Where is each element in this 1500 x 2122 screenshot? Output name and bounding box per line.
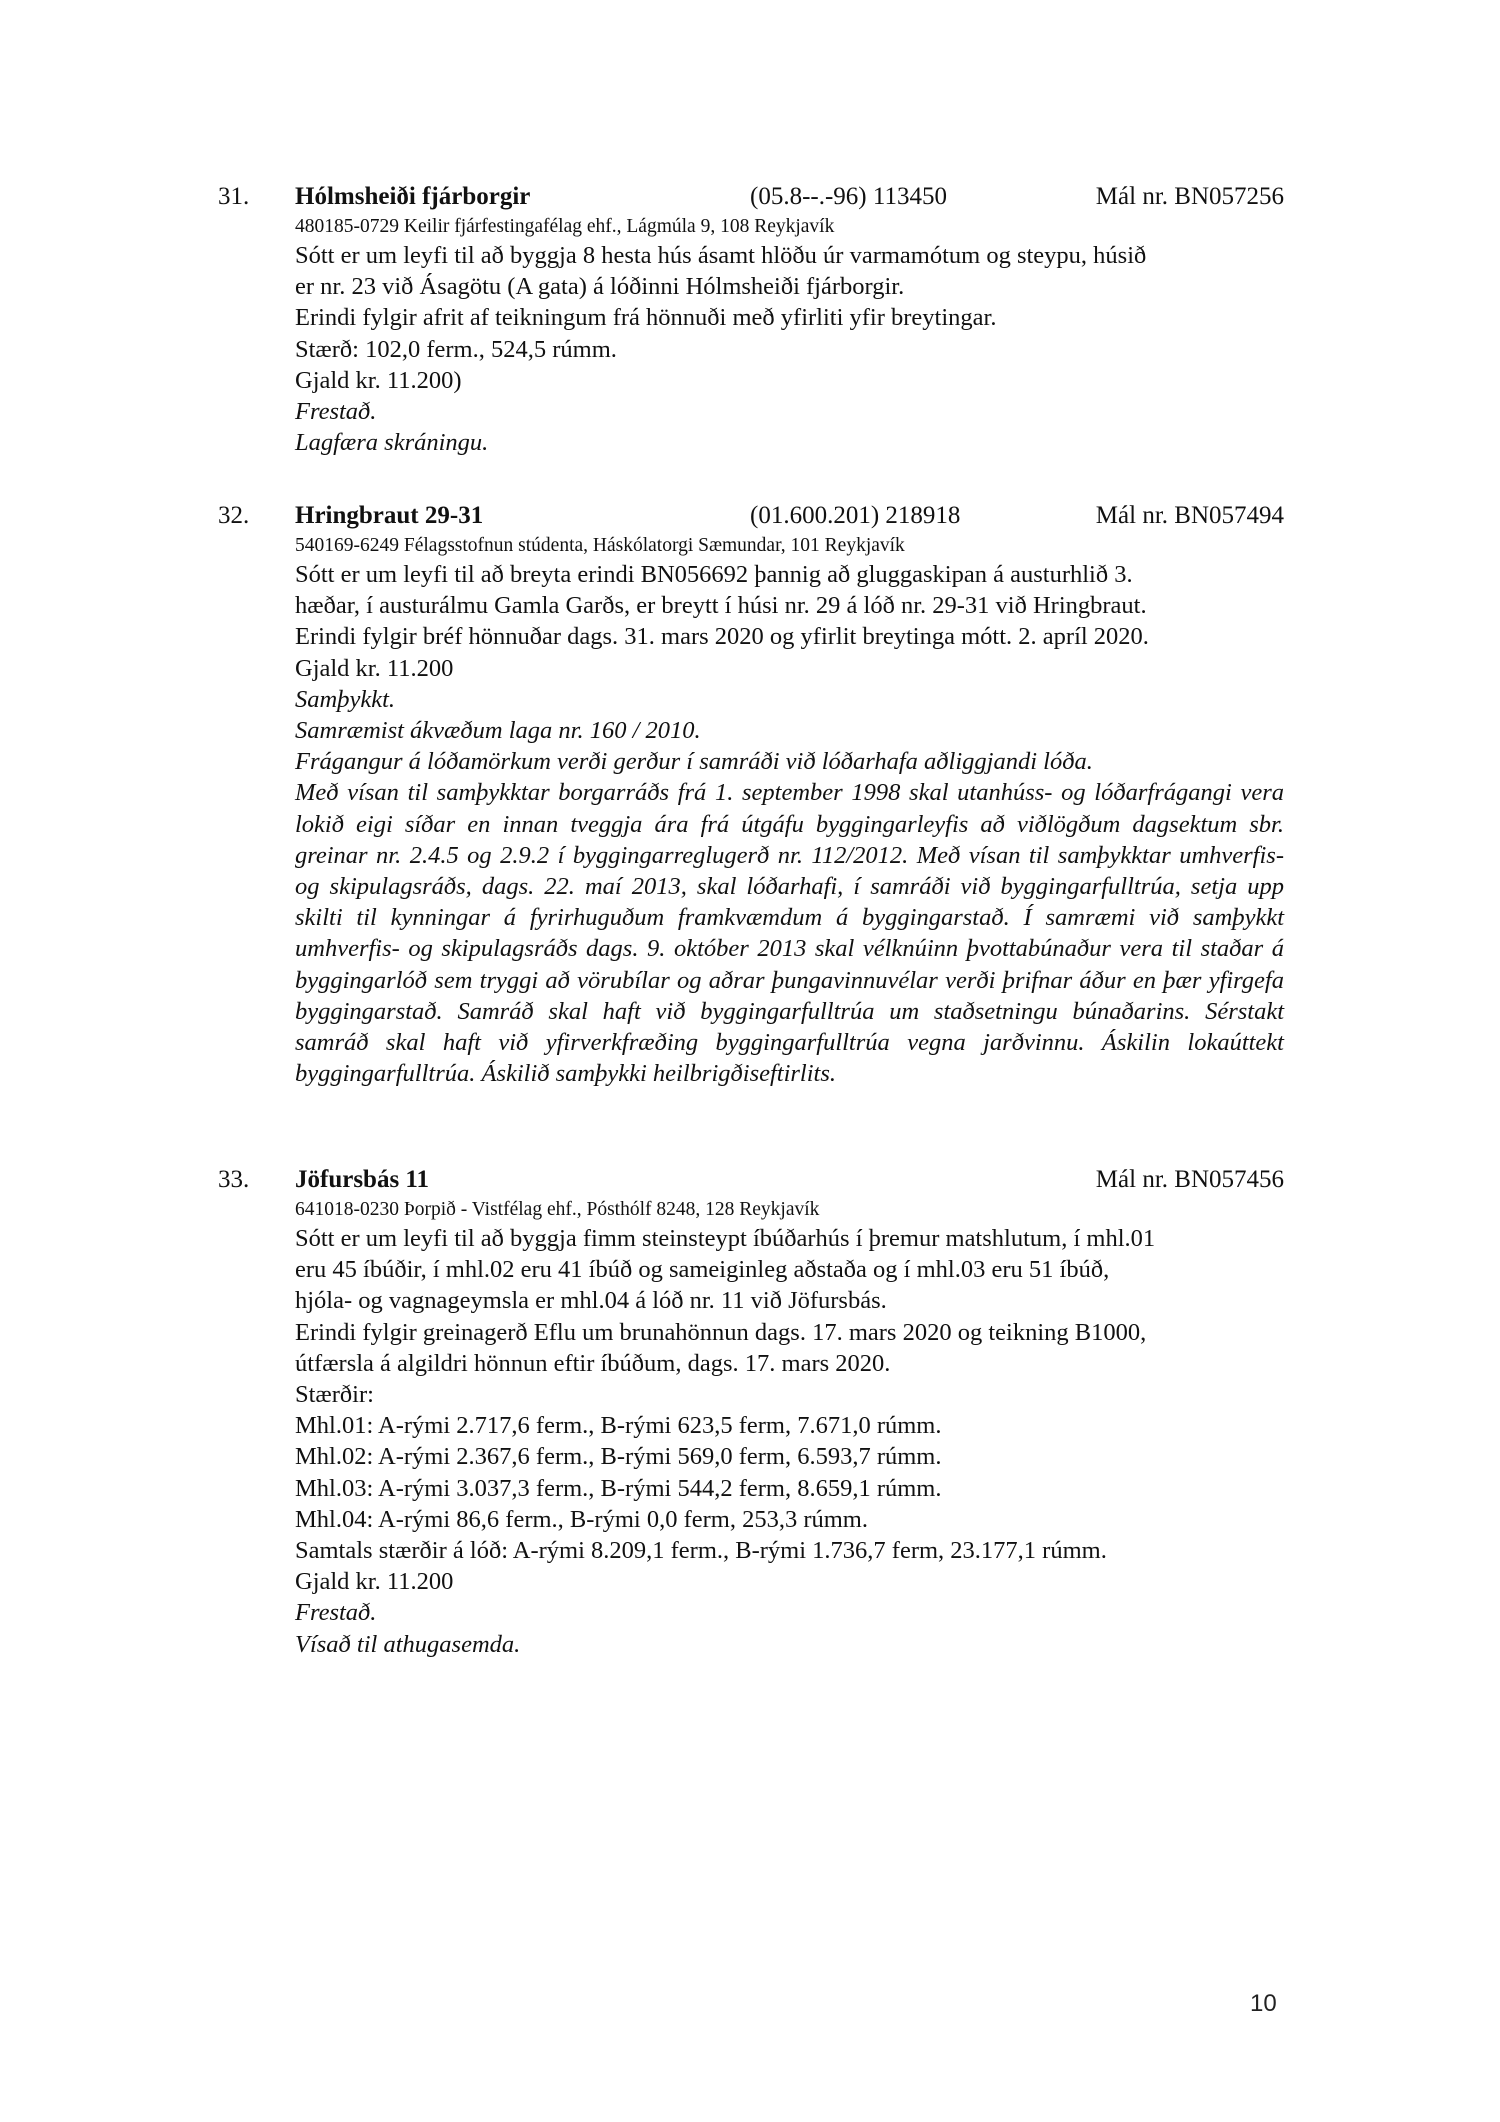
applicant: 641018-0230 Þorpið - Vistfélag ehf., Pós…: [295, 1197, 1284, 1223]
note: Lagfæra skráningu.: [295, 427, 1284, 458]
body-line: eru 45 íbúðir, í mhl.02 eru 41 íbúð og s…: [295, 1254, 1284, 1285]
body-line: Sótt er um leyfi til að byggja fimm stei…: [295, 1223, 1284, 1254]
decision: Frestað.: [295, 1597, 1284, 1628]
body-line: er nr. 23 við Ásagötu (A gata) á lóðinni…: [295, 271, 1284, 302]
item-header: 31. Hólmsheiði fjárborgir (05.8--.-96) 1…: [218, 180, 1284, 214]
agenda-item-32: 32. Hringbraut 29-31 (01.600.201) 218918…: [218, 499, 1284, 1089]
body-line: hjóla- og vagnageymsla er mhl.04 á lóð n…: [295, 1285, 1284, 1316]
note: Vísað til athugasemda.: [295, 1629, 1284, 1660]
decision: Frestað.: [295, 396, 1284, 427]
applicant: 480185-0729 Keilir fjárfestingafélag ehf…: [295, 214, 1284, 240]
item-number: 32.: [218, 499, 249, 533]
applicant: 540169-6249 Félagsstofnun stúdenta, Hásk…: [295, 533, 1284, 559]
body-line: Erindi fylgir afrit af teikningum frá hö…: [295, 302, 1284, 333]
body-line: Sótt er um leyfi til að byggja 8 hesta h…: [295, 240, 1284, 271]
decision: Samþykkt.: [295, 684, 1284, 715]
size-total-line: Samtals stærðir á lóð: A-rými 8.209,1 fe…: [295, 1535, 1284, 1566]
body-line: Erindi fylgir greinagerð Eflu um brunahö…: [295, 1317, 1284, 1348]
body-line: Sótt er um leyfi til að breyta erindi BN…: [295, 559, 1284, 590]
item-header: 33. Jöfursbás 11 Mál nr. BN057456: [218, 1163, 1284, 1197]
body-line: Erindi fylgir bréf hönnuðar dags. 31. ma…: [295, 621, 1284, 652]
page-number: 10: [1250, 1990, 1277, 2018]
size-line: Mhl.01: A-rými 2.717,6 ferm., B-rými 623…: [295, 1410, 1284, 1441]
document-page: 31. Hólmsheiði fjárborgir (05.8--.-96) 1…: [0, 0, 1500, 2122]
item-header: 32. Hringbraut 29-31 (01.600.201) 218918…: [218, 499, 1284, 533]
case-number: Mál nr. BN057494: [1096, 499, 1284, 533]
agenda-item-33: 33. Jöfursbás 11 Mál nr. BN057456 641018…: [218, 1163, 1284, 1660]
fee-line: Gjald kr. 11.200): [295, 365, 1284, 396]
body-line: hæðar, í austurálmu Gamla Garðs, er brey…: [295, 590, 1284, 621]
conditions-paragraph: Með vísan til samþykktar borgarráðs frá …: [295, 777, 1284, 1089]
fee-line: Gjald kr. 11.200: [295, 1566, 1284, 1597]
property-reference: (05.8--.-96) 113450: [750, 180, 947, 214]
note: Frágangur á lóðamörkum verði gerður í sa…: [295, 746, 1284, 777]
item-title: Hringbraut 29-31: [295, 499, 483, 533]
agenda-item-31: 31. Hólmsheiði fjárborgir (05.8--.-96) 1…: [218, 180, 1284, 458]
sizes-heading: Stærðir:: [295, 1379, 1284, 1410]
property-reference: (01.600.201) 218918: [750, 499, 960, 533]
item-title: Jöfursbás 11: [295, 1163, 429, 1197]
item-number: 33.: [218, 1163, 249, 1197]
note: Samræmist ákvæðum laga nr. 160 / 2010.: [295, 715, 1284, 746]
size-line: Mhl.03: A-rými 3.037,3 ferm., B-rými 544…: [295, 1473, 1284, 1504]
item-title: Hólmsheiði fjárborgir: [295, 180, 530, 214]
case-number: Mál nr. BN057256: [1096, 180, 1284, 214]
body-line: útfærsla á algildri hönnun eftir íbúðum,…: [295, 1348, 1284, 1379]
body-line: Stærð: 102,0 ferm., 524,5 rúmm.: [295, 334, 1284, 365]
size-line: Mhl.02: A-rými 2.367,6 ferm., B-rými 569…: [295, 1441, 1284, 1472]
item-number: 31.: [218, 180, 249, 214]
size-line: Mhl.04: A-rými 86,6 ferm., B-rými 0,0 fe…: [295, 1504, 1284, 1535]
fee-line: Gjald kr. 11.200: [295, 653, 1284, 684]
case-number: Mál nr. BN057456: [1096, 1163, 1284, 1197]
